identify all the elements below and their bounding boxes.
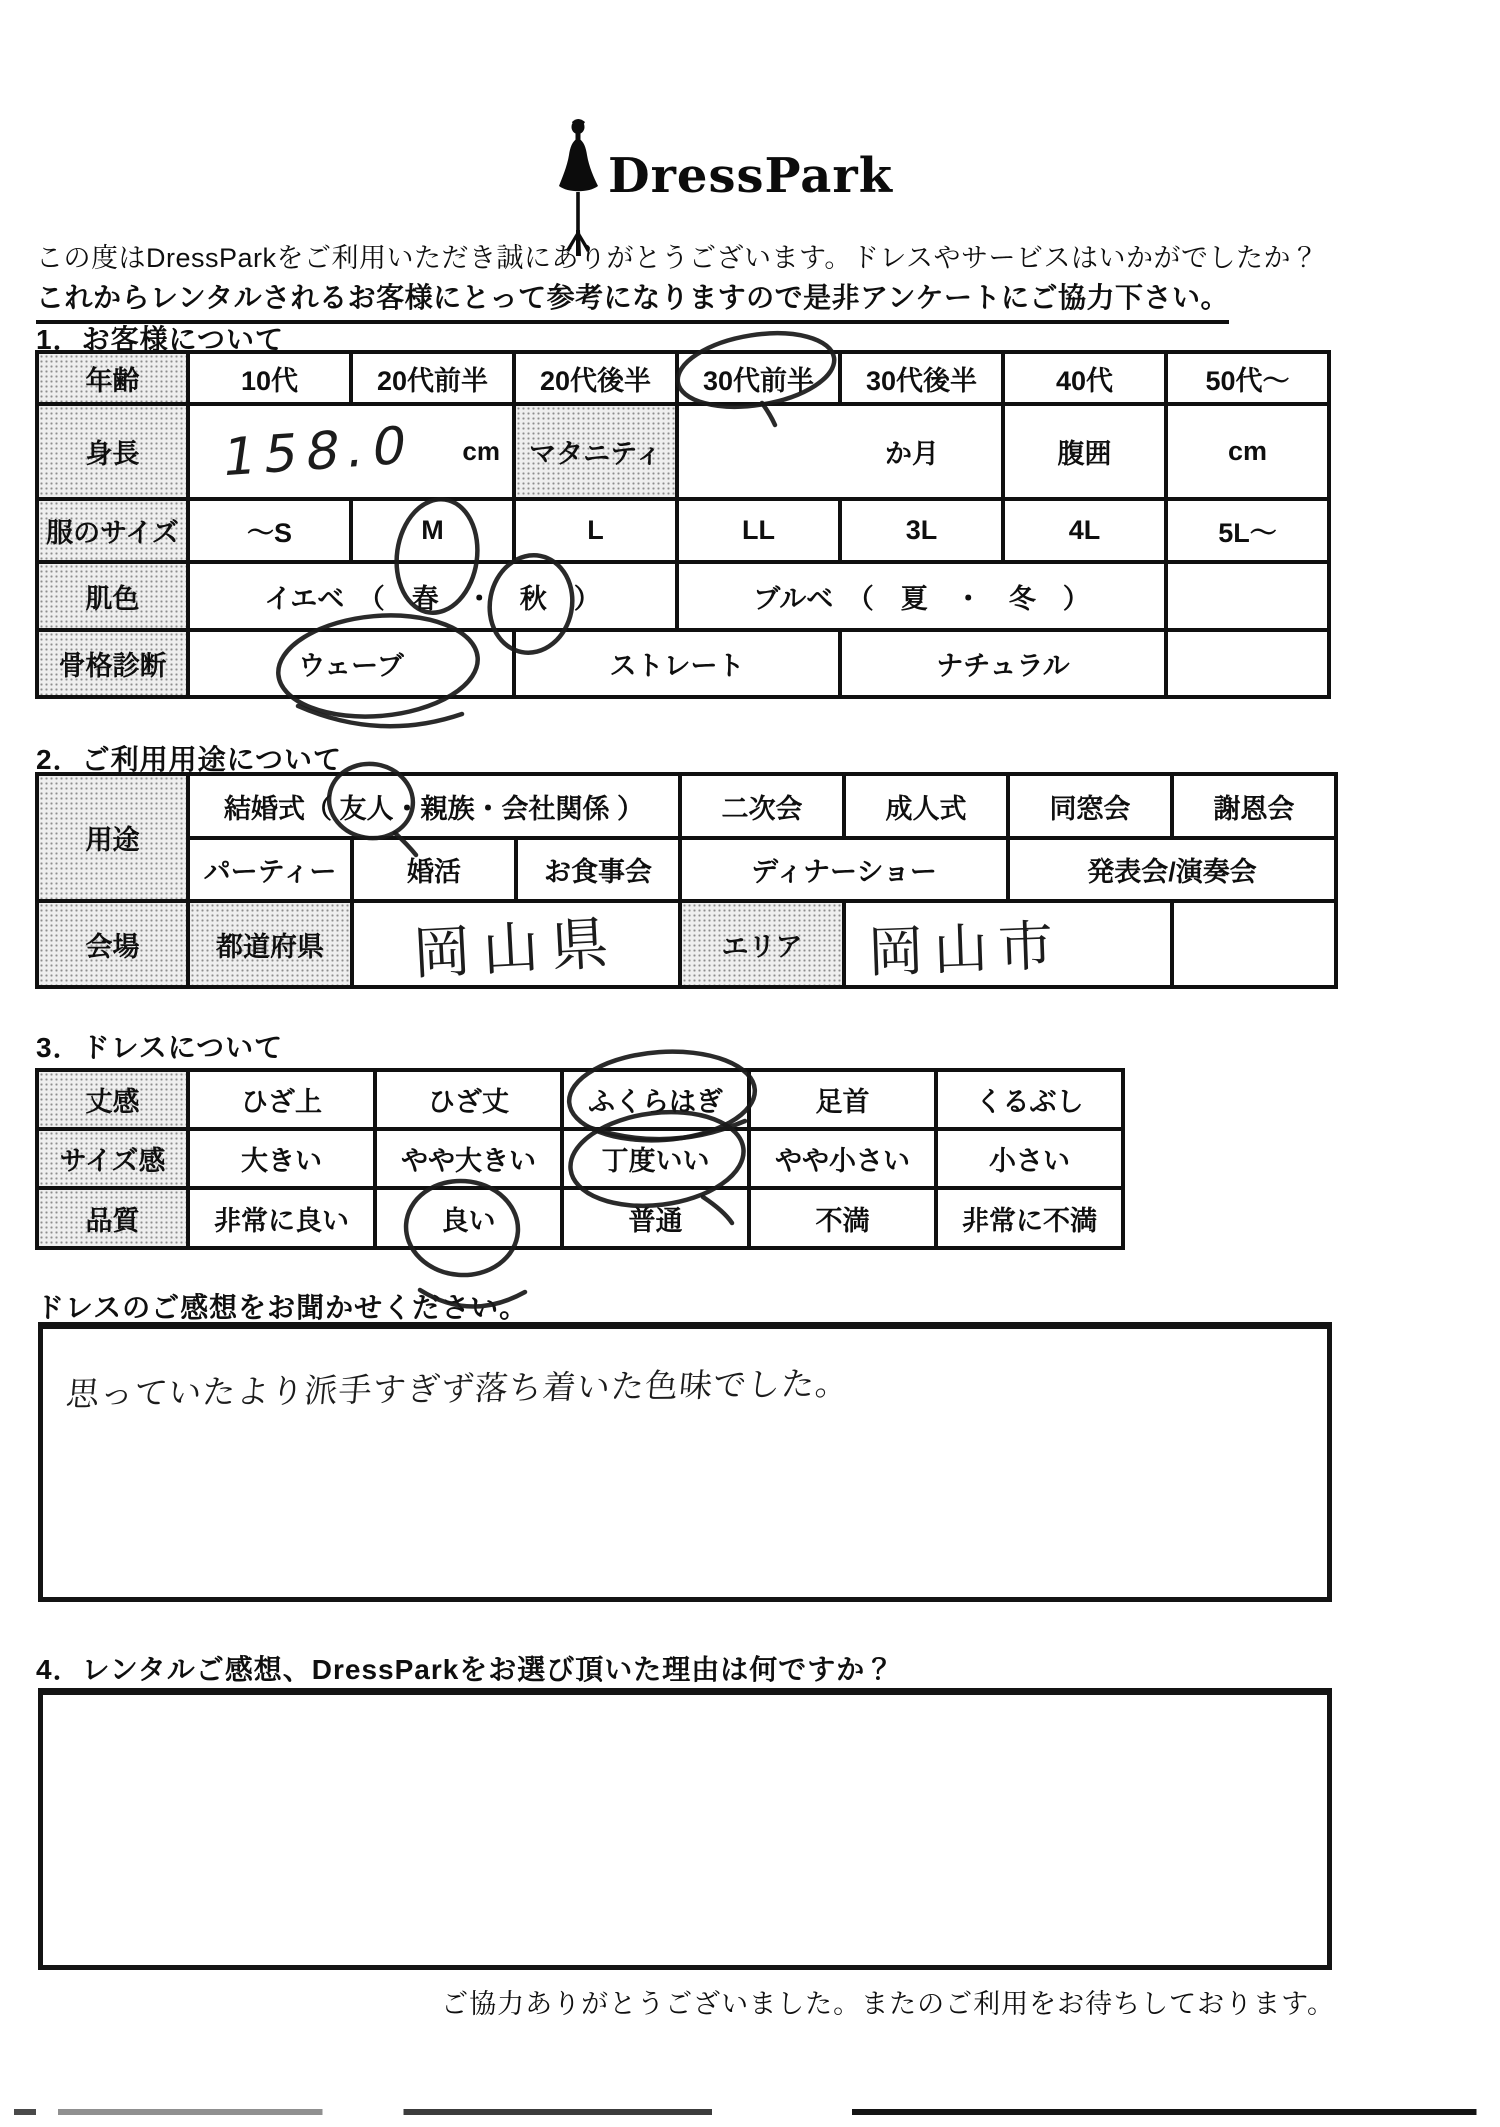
- prefecture-value-cell[interactable]: 岡山県: [352, 901, 680, 987]
- maternity-months-cell[interactable]: か月: [677, 404, 1003, 499]
- age-row: 年齢 10代 20代前半 20代後半 30代前半 30代後半 40代 50代～: [37, 352, 1329, 404]
- scan-artifact-line: [14, 2109, 1484, 2115]
- age-option-20s-late[interactable]: 20代後半: [514, 352, 677, 404]
- section3-title: 3．ドレスについて: [36, 1026, 283, 1066]
- fit-option-slightly-small[interactable]: やや小さい: [749, 1129, 936, 1188]
- length-option-above-knee[interactable]: ひざ上: [188, 1070, 375, 1129]
- quality-option-dissatisfied[interactable]: 不満: [749, 1188, 936, 1248]
- dress-feedback-handwritten-answer: 思っていたより派手すぎず落ち着いた色味でした。: [64, 1358, 851, 1416]
- length-row: 丈感 ひざ上 ひざ丈 ふくらはぎ 足首 くるぶし: [37, 1070, 1123, 1129]
- quality-option-very-dissatisfied[interactable]: 非常に不満: [936, 1188, 1123, 1248]
- usage-option-party[interactable]: パーティー: [188, 838, 352, 901]
- usage-table: 用途 結婚式（ 友人・親族・会社関係 ） 二次会 成人式 同窓会 謝恩会 パーテ…: [35, 772, 1338, 989]
- section4-title: 4．レンタルご感想、DressParkをお選び頂いた理由は何ですか？: [36, 1648, 894, 1688]
- usage-option-dinner-meeting[interactable]: お食事会: [516, 838, 680, 901]
- venue-row: 会場 都道府県 岡山県 エリア 岡山市: [37, 901, 1336, 987]
- height-value-cell[interactable]: 158.0 cm: [188, 404, 514, 499]
- height-label: 身長: [37, 404, 188, 499]
- dress-feedback-box[interactable]: 思っていたより派手すぎず落ち着いた色味でした。: [38, 1322, 1332, 1602]
- length-label: 丈感: [37, 1070, 188, 1129]
- clothing-size-label: 服のサイズ: [37, 499, 188, 562]
- age-option-40s[interactable]: 40代: [1003, 352, 1166, 404]
- area-label: エリア: [680, 901, 844, 987]
- usage-option-wedding[interactable]: 結婚式（ 友人・親族・会社関係 ）: [188, 774, 680, 838]
- venue-label: 会場: [37, 901, 188, 987]
- length-option-anklebone[interactable]: くるぶし: [936, 1070, 1123, 1129]
- quality-option-good-selected[interactable]: 良い: [375, 1188, 562, 1248]
- size-option-5l[interactable]: 5L～: [1166, 499, 1329, 562]
- frame-option-natural[interactable]: ナチュラル: [840, 630, 1166, 697]
- fit-label: サイズ感: [37, 1129, 188, 1188]
- size-option-m-selected[interactable]: M: [351, 499, 514, 562]
- quality-option-normal[interactable]: 普通: [562, 1188, 749, 1248]
- maternity-label: マタニティ: [514, 404, 677, 499]
- dress-rating-table: 丈感 ひざ上 ひざ丈 ふくらはぎ 足首 くるぶし サイズ感 大きい やや大きい …: [35, 1068, 1125, 1250]
- brand-logo-text: DressPark: [608, 148, 893, 204]
- dress-feedback-prompt: ドレスのご感想をお聞かせください。: [36, 1286, 528, 1326]
- skin-option-blue-base[interactable]: ブルベ （ 夏 ・ 冬 ）: [677, 562, 1166, 630]
- fit-option-slightly-large[interactable]: やや大きい: [375, 1129, 562, 1188]
- usage-option-konkatsu[interactable]: 婚活: [352, 838, 516, 901]
- size-option-3l[interactable]: 3L: [840, 499, 1003, 562]
- intro-thanks-line: この度はDressParkをご利用いただき誠にありがとうございます。ドレスやサー…: [36, 236, 1456, 275]
- frame-diagnosis-row: 骨格診断 ウェーブ ストレート ナチュラル: [37, 630, 1329, 697]
- frame-label: 骨格診断: [37, 630, 188, 697]
- quality-row: 品質 非常に良い 良い 普通 不満 非常に不満: [37, 1188, 1123, 1248]
- area-handwritten-value: 岡山市: [867, 901, 1065, 987]
- age-option-30s-late[interactable]: 30代後半: [840, 352, 1003, 404]
- usage-row-1: 用途 結婚式（ 友人・親族・会社関係 ） 二次会 成人式 同窓会 謝恩会: [37, 774, 1336, 838]
- frame-row-empty: [1166, 630, 1329, 697]
- usage-option-reunion[interactable]: 同窓会: [1008, 774, 1172, 838]
- length-option-ankle[interactable]: 足首: [749, 1070, 936, 1129]
- circle-frame-wave-tail: [298, 706, 462, 726]
- usage-option-dinner-show[interactable]: ディナーショー: [680, 838, 1008, 901]
- skin-row-empty: [1166, 562, 1329, 630]
- size-option-l[interactable]: L: [514, 499, 677, 562]
- intro-request-line: これからレンタルされるお客様にとって参考になりますので是非アンケートにご協力下さ…: [36, 276, 1229, 324]
- age-option-50s[interactable]: 50代～: [1166, 352, 1329, 404]
- height-unit: cm: [462, 436, 500, 467]
- usage-label: 用途: [37, 774, 188, 901]
- fit-row: サイズ感 大きい やや大きい 丁度いい やや小さい 小さい: [37, 1129, 1123, 1188]
- length-option-calf-selected[interactable]: ふくらはぎ: [562, 1070, 749, 1129]
- months-suffix: か月: [885, 432, 939, 471]
- fit-option-just-right-selected[interactable]: 丁度いい: [562, 1129, 749, 1188]
- venue-row-empty: [1172, 901, 1336, 987]
- usage-option-coming-of-age[interactable]: 成人式: [844, 774, 1008, 838]
- clothing-size-row: 服のサイズ ～S M L LL 3L 4L 5L～: [37, 499, 1329, 562]
- prefecture-handwritten-value: 岡山県: [411, 898, 622, 991]
- quality-option-very-good[interactable]: 非常に良い: [188, 1188, 375, 1248]
- height-row: 身長 158.0 cm マタニティ か月 腹囲 cm: [37, 404, 1329, 499]
- usage-row-2: パーティー 婚活 お食事会 ディナーショー 発表会/演奏会: [37, 838, 1336, 901]
- skin-tone-label: 肌色: [37, 562, 188, 630]
- quality-label: 品質: [37, 1188, 188, 1248]
- size-option-ll[interactable]: LL: [677, 499, 840, 562]
- area-value-cell[interactable]: 岡山市: [844, 901, 1172, 987]
- fit-option-small[interactable]: 小さい: [936, 1129, 1123, 1188]
- scanned-questionnaire-page: DressPark この度はDressParkをご利用いただき誠にありがとうござ…: [0, 0, 1500, 2127]
- length-option-knee[interactable]: ひざ丈: [375, 1070, 562, 1129]
- fit-option-large[interactable]: 大きい: [188, 1129, 375, 1188]
- frame-option-wave-selected[interactable]: ウェーブ: [188, 630, 514, 697]
- size-option-4l[interactable]: 4L: [1003, 499, 1166, 562]
- height-handwritten-value: 158.0: [219, 415, 419, 488]
- waist-unit: cm: [1166, 404, 1329, 499]
- footer-thanks: ご協力ありがとうございました。またのご利用をお待ちしております。: [35, 1982, 1335, 2021]
- waist-label: 腹囲: [1003, 404, 1166, 499]
- frame-option-straight[interactable]: ストレート: [514, 630, 840, 697]
- size-option-s[interactable]: ～S: [188, 499, 351, 562]
- prefecture-label: 都道府県: [188, 901, 352, 987]
- usage-option-recital[interactable]: 発表会/演奏会: [1008, 838, 1336, 901]
- age-label: 年齢: [37, 352, 188, 404]
- usage-option-thanks-party[interactable]: 謝恩会: [1172, 774, 1336, 838]
- usage-option-afterparty[interactable]: 二次会: [680, 774, 844, 838]
- rental-reason-box[interactable]: [38, 1688, 1332, 1970]
- age-option-10s[interactable]: 10代: [188, 352, 351, 404]
- customer-info-table: 年齢 10代 20代前半 20代後半 30代前半 30代後半 40代 50代～ …: [35, 350, 1331, 699]
- skin-tone-row: 肌色 イエベ （ 春 ・ 秋 ） ブルベ （ 夏 ・ 冬 ）: [37, 562, 1329, 630]
- age-option-20s-early[interactable]: 20代前半: [351, 352, 514, 404]
- skin-option-yellow-base[interactable]: イエベ （ 春 ・ 秋 ）: [188, 562, 677, 630]
- age-option-30s-early-selected[interactable]: 30代前半: [677, 352, 840, 404]
